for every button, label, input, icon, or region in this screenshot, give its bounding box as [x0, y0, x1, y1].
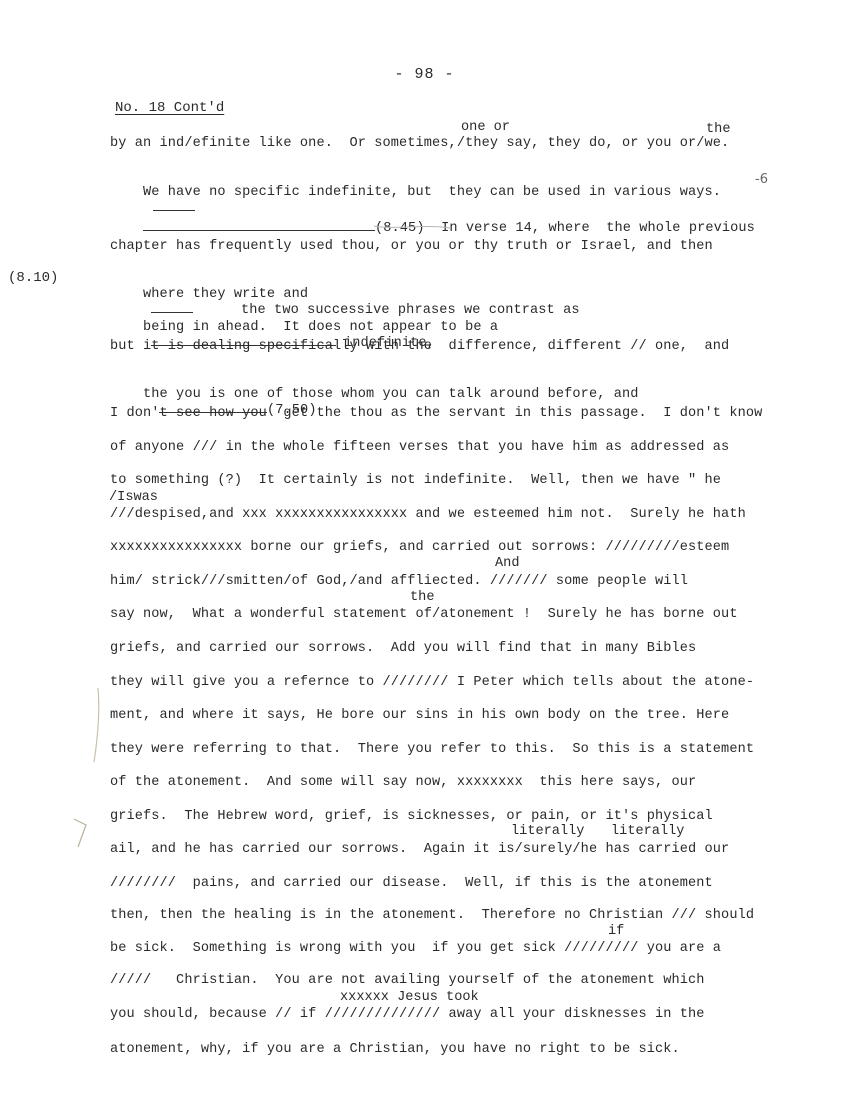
- text-line: //////// pains, and carried our disease.…: [110, 876, 713, 891]
- text-line: by an ind/efinite like one. Or sometimes…: [110, 136, 729, 151]
- interlinear-insert: if: [608, 924, 624, 939]
- text-line: of anyone /// in the whole fifteen verse…: [110, 440, 729, 455]
- text-segment: We have no specific indefinite, but they…: [143, 185, 721, 200]
- text-segment: where they write and: [143, 287, 308, 302]
- text-line: they were referring to that. There you r…: [110, 742, 754, 757]
- text-line: xxxxxxxxxxxxxxxx borne our griefs, and c…: [110, 540, 729, 555]
- margin-note-timestamp: (8.10): [8, 270, 58, 286]
- text-line: being in ahead. It does not appear to be…: [110, 305, 498, 366]
- text-line: they will give you a refernce to ///////…: [110, 675, 754, 690]
- text-line: atonement, why, if you are a Christian, …: [110, 1042, 680, 1057]
- interlinear-insert: And: [495, 556, 519, 571]
- interlinear-insert: the: [706, 122, 730, 137]
- interlinear-insert: literally: [511, 824, 584, 839]
- text-segment: the you is one of those whom you can tal…: [143, 387, 638, 402]
- text-line: to something (?) It certainly is not ind…: [110, 473, 721, 488]
- blank-line: [143, 220, 375, 231]
- text-line: ail, and he has carried our sorrows. Aga…: [110, 842, 729, 857]
- page-number: - 98 -: [0, 66, 849, 83]
- text-line: I don't see how you get the thou as the …: [110, 406, 762, 421]
- interlinear-insert: xxxxxx Jesus took: [340, 990, 479, 1005]
- text-line: be sick. Something is wrong with you if …: [110, 941, 721, 956]
- text-line: say now, What a wonderful statement of/a…: [110, 607, 738, 622]
- text-line: but it is dealing specifically with the …: [110, 339, 729, 354]
- text-line: the you is one of those whom you can tal…: [110, 372, 639, 433]
- text-line: ///despised,and xxx xxxxxxxxxxxxxxxx and…: [110, 507, 746, 522]
- margin-bracket-mark: [88, 686, 104, 764]
- interlinear-insert: the: [410, 590, 434, 605]
- text-line: chapter has frequently used thou, or you…: [110, 239, 713, 254]
- text-line: ///// Christian. You are not availing yo…: [110, 973, 705, 988]
- handwritten-underline: [372, 222, 452, 232]
- typewritten-page: - 98 - No. 18 Cont'd one or the /Iswas A…: [0, 0, 849, 1105]
- interlinear-insert: one or: [461, 120, 510, 135]
- text-segment: being in ahead. It does not appear to be…: [143, 320, 498, 335]
- section-heading: No. 18 Cont'd: [115, 100, 224, 116]
- text-line: then, then the healing is in the atoneme…: [110, 908, 754, 923]
- text-line: griefs, and carried our sorrows. Add you…: [110, 641, 696, 656]
- interlinear-insert: /Iswas: [109, 490, 158, 505]
- margin-note-handwritten: -6: [755, 172, 768, 187]
- text-line: griefs. The Hebrew word, grief, is sickn…: [110, 809, 713, 824]
- margin-check-mark: [72, 815, 92, 849]
- text-line: of the atonement. And some will say now,…: [110, 775, 696, 790]
- interlinear-insert: literally: [611, 824, 684, 839]
- text-line: him/ strick///smitten/of God,/and afflie…: [110, 574, 688, 589]
- text-line: ment, and where it says, He bore our sin…: [110, 708, 729, 723]
- text-line: you should, because // if //////////////…: [110, 1007, 705, 1022]
